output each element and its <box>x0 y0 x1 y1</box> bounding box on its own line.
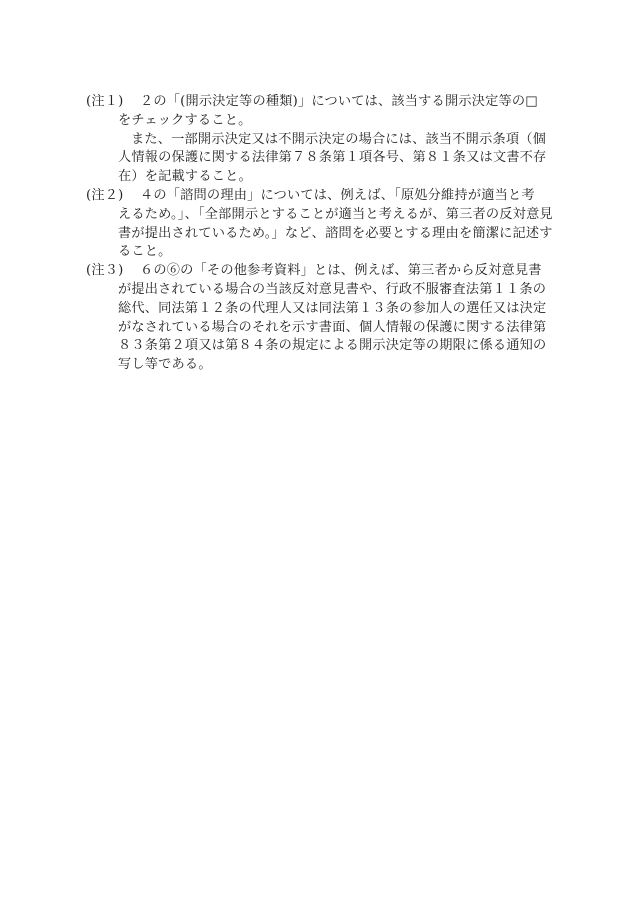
note-1-line-2: をチェックすること。 <box>86 112 556 131</box>
note-3-line-3: 総代、同法第１２条の代理人又は同法第１３条の参加人の選任又は決定 <box>86 300 556 319</box>
notes-section: (注１)２の「(開示決定等の種類)」については、該当する開示決定等の□ をチェッ… <box>86 93 556 375</box>
note-3-line-6: 写し等である。 <box>86 356 556 375</box>
note-1-line-3: また、一部開示決定又は不開示決定の場合には、該当不開示条項（個 <box>86 131 556 150</box>
note-3-line-1: (注３)６の⑥の「その他参考資料」とは、例えば、第三者から反対意見書 <box>86 262 556 281</box>
note-3-line-5: ８３条第２項又は第８４条の規定による開示決定等の期限に係る通知の <box>86 337 556 356</box>
note-1-line-4: 人情報の保護に関する法律第７８条第１項各号、第８１条又は文書不存 <box>86 149 556 168</box>
note-3-text: ６の⑥の「その他参考資料」とは、例えば、第三者から反対意見書 <box>140 263 542 278</box>
note-2-line-1: (注２)４の「諮問の理由」については、例えば、「原処分維持が適当と考 <box>86 187 556 206</box>
note-3-line-2: が提出されている場合の当該反対意見書や、行政不服審査法第１１条の <box>86 281 556 300</box>
note-3-label: (注３) <box>86 262 118 281</box>
note-2-text: ４の「諮問の理由」については、例えば、「原処分維持が適当と考 <box>140 188 535 203</box>
note-1-text: ２の「(開示決定等の種類)」については、該当する開示決定等の□ <box>140 94 538 109</box>
note-1-line-1: (注１)２の「(開示決定等の種類)」については、該当する開示決定等の□ <box>86 93 556 112</box>
note-2-line-3: 書が提出されているため。」など、諮問を必要とする理由を簡潔に記述す <box>86 225 556 244</box>
note-2-label: (注２) <box>86 187 118 206</box>
note-3-line-4: がなされている場合のそれを示す書面、個人情報の保護に関する法律第 <box>86 319 556 338</box>
note-1-line-5: 在）を記載すること。 <box>86 168 556 187</box>
note-1-label: (注１) <box>86 93 118 112</box>
note-2-line-4: ること。 <box>86 243 556 262</box>
note-2-line-2: えるため。」、「全部開示とすることが適当と考えるが、第三者の反対意見 <box>86 206 556 225</box>
